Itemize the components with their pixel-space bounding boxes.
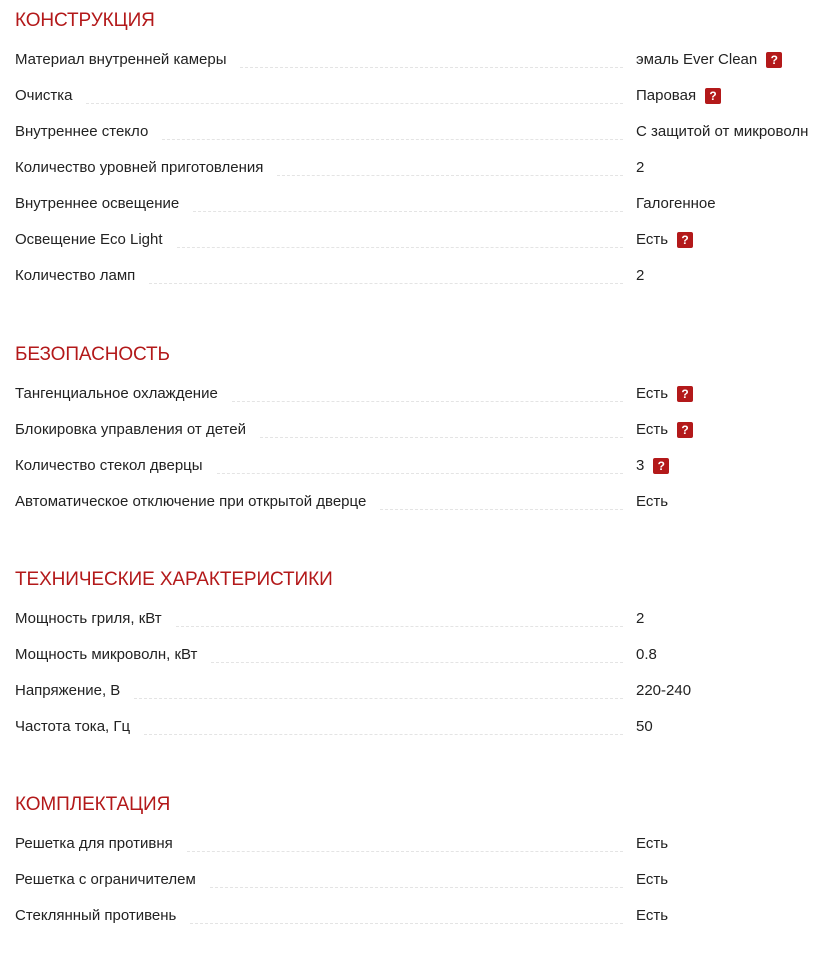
spec-row: Частота тока, Гц50 — [15, 705, 823, 741]
spec-label: Стеклянный противень — [15, 907, 190, 930]
spec-value: 3 — [636, 457, 644, 475]
spec-label: Количество уровней приготовления — [15, 159, 277, 182]
spec-section: ТЕХНИЧЕСКИЕ ХАРАКТЕРИСТИКИМощность гриля… — [15, 568, 823, 741]
spec-value-container: Есть — [636, 835, 668, 853]
dotted-leader — [187, 851, 623, 852]
spec-label-container: Мощность гриля, кВт — [15, 597, 623, 633]
spec-label-container: Напряжение, В — [15, 669, 623, 705]
dotted-leader — [149, 283, 623, 284]
spec-value-container: 0.8 — [636, 646, 657, 664]
dotted-leader — [380, 509, 623, 510]
spec-row: Решетка для противняЕсть — [15, 822, 823, 858]
spec-label-container: Частота тока, Гц — [15, 705, 623, 741]
spec-label: Решетка для противня — [15, 835, 187, 858]
spec-value: С защитой от микроволн — [636, 123, 808, 141]
spec-label: Автоматическое отключение при открытой д… — [15, 493, 380, 516]
spec-row: Количество уровней приготовления2 — [15, 146, 823, 182]
spec-row: Мощность микроволн, кВт0.8 — [15, 633, 823, 669]
section-title: БЕЗОПАСНОСТЬ — [15, 343, 823, 367]
spec-value-container: Галогенное — [636, 195, 716, 213]
spec-section: БЕЗОПАСНОСТЬТангенциальное охлаждениеЕст… — [15, 343, 823, 516]
spec-value-container: 3? — [636, 457, 669, 475]
spec-value: 2 — [636, 610, 644, 628]
spec-section: КОМПЛЕКТАЦИЯРешетка для противняЕстьРеше… — [15, 793, 823, 930]
dotted-leader — [210, 887, 623, 888]
spec-label-container: Решетка для противня — [15, 822, 623, 858]
spec-label-container: Стеклянный противень — [15, 894, 623, 930]
spec-value: 50 — [636, 718, 653, 736]
help-icon[interactable]: ? — [677, 386, 693, 402]
spec-value: Есть — [636, 231, 668, 249]
spec-row: Автоматическое отключение при открытой д… — [15, 480, 823, 516]
dotted-leader — [176, 626, 623, 627]
dotted-leader — [177, 247, 623, 248]
spec-label: Решетка с ограничителем — [15, 871, 210, 894]
spec-list: Тангенциальное охлаждениеЕсть?Блокировка… — [15, 372, 823, 516]
spec-label: Блокировка управления от детей — [15, 421, 260, 444]
spec-label-container: Решетка с ограничителем — [15, 858, 623, 894]
spec-row: Решетка с ограничителемЕсть — [15, 858, 823, 894]
spec-label-container: Блокировка управления от детей — [15, 408, 623, 444]
spec-value-container: С защитой от микроволн — [636, 123, 808, 141]
section-title: КОМПЛЕКТАЦИЯ — [15, 793, 823, 817]
spec-row: ОчисткаПаровая? — [15, 74, 823, 110]
spec-label-container: Мощность микроволн, кВт — [15, 633, 623, 669]
spec-label-container: Очистка — [15, 74, 623, 110]
spec-value: Есть — [636, 421, 668, 439]
spec-list: Решетка для противняЕстьРешетка с ограни… — [15, 822, 823, 930]
spec-value: Есть — [636, 385, 668, 403]
spec-label-container: Внутреннее стекло — [15, 110, 623, 146]
spec-label-container: Количество уровней приготовления — [15, 146, 623, 182]
spec-value-container: Есть? — [636, 421, 693, 439]
spec-label: Внутреннее стекло — [15, 123, 162, 146]
dotted-leader — [86, 103, 623, 104]
help-icon[interactable]: ? — [705, 88, 721, 104]
spec-section: КОНСТРУКЦИЯМатериал внутренней камерыэма… — [15, 9, 823, 290]
help-icon[interactable]: ? — [653, 458, 669, 474]
spec-value: Паровая — [636, 87, 696, 105]
dotted-leader — [260, 437, 623, 438]
spec-label-container: Освещение Eco Light — [15, 218, 623, 254]
spec-row: Внутреннее освещениеГалогенное — [15, 182, 823, 218]
spec-row: Внутреннее стеклоС защитой от микроволн — [15, 110, 823, 146]
spec-list: Материал внутренней камерыэмаль Ever Cle… — [15, 38, 823, 290]
help-icon[interactable]: ? — [677, 232, 693, 248]
spec-label-container: Количество ламп — [15, 254, 623, 290]
spec-value: 0.8 — [636, 646, 657, 664]
spec-label-container: Тангенциальное охлаждение — [15, 372, 623, 408]
spec-label-container: Количество стекол дверцы — [15, 444, 623, 480]
section-title: ТЕХНИЧЕСКИЕ ХАРАКТЕРИСТИКИ — [15, 568, 823, 592]
spec-label: Освещение Eco Light — [15, 231, 177, 254]
spec-row: Стеклянный противеньЕсть — [15, 894, 823, 930]
spec-label: Частота тока, Гц — [15, 718, 144, 741]
spec-value: 220-240 — [636, 682, 691, 700]
spec-row: Материал внутренней камерыэмаль Ever Cle… — [15, 38, 823, 74]
dotted-leader — [217, 473, 623, 474]
spec-value: Есть — [636, 907, 668, 925]
spec-value: Галогенное — [636, 195, 716, 213]
spec-label: Тангенциальное охлаждение — [15, 385, 232, 408]
spec-value-container: 50 — [636, 718, 653, 736]
dotted-leader — [134, 698, 623, 699]
spec-row: Количество стекол дверцы3? — [15, 444, 823, 480]
dotted-leader — [190, 923, 623, 924]
spec-value-container: Есть — [636, 493, 668, 511]
spec-value: Есть — [636, 493, 668, 511]
spec-list: Мощность гриля, кВт2Мощность микроволн, … — [15, 597, 823, 741]
spec-value-container: Есть? — [636, 231, 693, 249]
spec-value-container: 2 — [636, 610, 644, 628]
spec-label: Материал внутренней камеры — [15, 51, 240, 74]
spec-label-container: Материал внутренней камеры — [15, 38, 623, 74]
spec-value: Есть — [636, 871, 668, 889]
spec-label: Внутреннее освещение — [15, 195, 193, 218]
spec-label-container: Внутреннее освещение — [15, 182, 623, 218]
spec-label: Мощность гриля, кВт — [15, 610, 176, 633]
spec-value-container: 2 — [636, 267, 644, 285]
dotted-leader — [193, 211, 623, 212]
dotted-leader — [211, 662, 623, 663]
dotted-leader — [162, 139, 623, 140]
spec-value-container: 220-240 — [636, 682, 691, 700]
help-icon[interactable]: ? — [766, 52, 782, 68]
section-title: КОНСТРУКЦИЯ — [15, 9, 823, 33]
spec-value: 2 — [636, 159, 644, 177]
dotted-leader — [232, 401, 623, 402]
spec-value-container: Есть? — [636, 385, 693, 403]
spec-row: Тангенциальное охлаждениеЕсть? — [15, 372, 823, 408]
help-icon[interactable]: ? — [677, 422, 693, 438]
spec-value-container: эмаль Ever Clean? — [636, 51, 782, 69]
spec-value-container: Паровая? — [636, 87, 721, 105]
spec-label: Напряжение, В — [15, 682, 134, 705]
dotted-leader — [144, 734, 623, 735]
spec-value: Есть — [636, 835, 668, 853]
spec-label: Мощность микроволн, кВт — [15, 646, 211, 669]
spec-value: 2 — [636, 267, 644, 285]
spec-label: Количество ламп — [15, 267, 149, 290]
spec-value: эмаль Ever Clean — [636, 51, 757, 69]
dotted-leader — [240, 67, 623, 68]
spec-row: Освещение Eco LightЕсть? — [15, 218, 823, 254]
spec-label: Очистка — [15, 87, 86, 110]
spec-value-container: 2 — [636, 159, 644, 177]
spec-value-container: Есть — [636, 907, 668, 925]
spec-row: Количество ламп2 — [15, 254, 823, 290]
spec-row: Напряжение, В220-240 — [15, 669, 823, 705]
spec-label-container: Автоматическое отключение при открытой д… — [15, 480, 623, 516]
spec-value-container: Есть — [636, 871, 668, 889]
dotted-leader — [277, 175, 623, 176]
spec-label: Количество стекол дверцы — [15, 457, 217, 480]
spec-row: Мощность гриля, кВт2 — [15, 597, 823, 633]
spec-row: Блокировка управления от детейЕсть? — [15, 408, 823, 444]
